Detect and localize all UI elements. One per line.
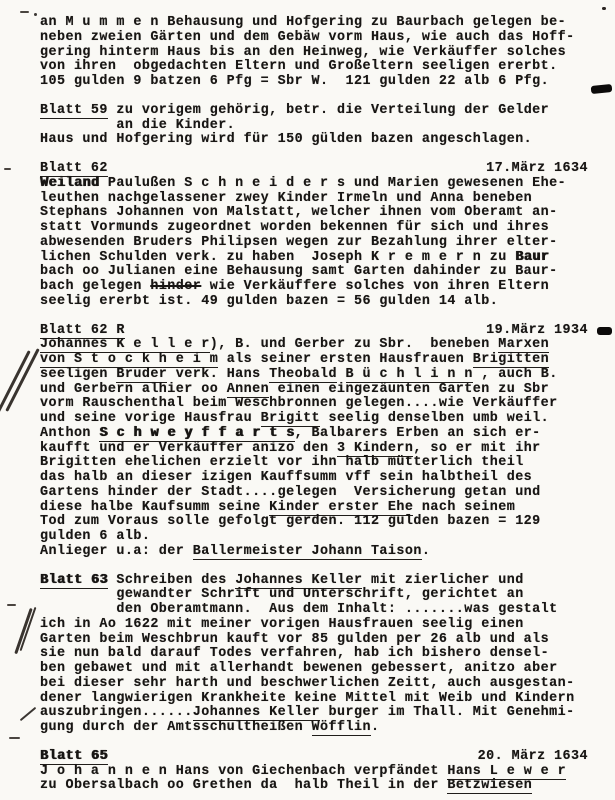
underlined-text-run: 3 Kindern bbox=[337, 441, 413, 457]
text-run: zu vorigem gehörig, betr. die Verteilung… bbox=[108, 103, 549, 118]
text-run: abwesenden Bruders Philipsen wegen zur B… bbox=[40, 235, 558, 250]
underlined-text-run: Blatt 59 bbox=[40, 103, 108, 119]
text-run: nach seinem bbox=[413, 500, 515, 515]
text-run: seelig ererbt ist. 49 gulden bazen = 56 … bbox=[40, 294, 498, 309]
text-run: hinder bbox=[150, 279, 201, 294]
text-line: Anlieger u.a: der Ballermeister Johann T… bbox=[40, 545, 590, 560]
underlined-text-run: Brigitt bbox=[261, 411, 320, 427]
text-run: Anlieger u.a: der bbox=[40, 544, 193, 559]
text-run: Baur bbox=[515, 250, 549, 265]
text-run: , Balbarers Erben an sich er- bbox=[295, 426, 541, 441]
text-line: Blatt 6520. März 1634 bbox=[40, 750, 590, 765]
underlined-text-run: Betzwiesen bbox=[447, 778, 532, 794]
pencil-dash bbox=[4, 168, 11, 170]
text-line: von ihren obgedachten Eltern und Großelt… bbox=[40, 60, 590, 75]
text-run: Tod zum Voraus solle gefolgt gerden. 112… bbox=[40, 514, 541, 529]
text-run: Paulußen S c h n e i d e r s und Marien … bbox=[99, 176, 566, 191]
text-line: von S t o c k h e i m als seiner ersten … bbox=[40, 353, 590, 368]
text-line: 105 gulden 9 batzen 6 Pfg = Sbr W. 121 g… bbox=[40, 75, 590, 90]
text-run: J o h a n n e n Hans von Giechenbach ver… bbox=[40, 764, 447, 779]
underlined-text-run: Hans L e w e r bbox=[447, 764, 566, 780]
text-run: Schreiben des bbox=[108, 573, 235, 588]
text-line: und Gerbern alhier oo Annen einen eingez… bbox=[40, 383, 590, 398]
text-line: Brigitten ehelichen erzielt vor ihn halb… bbox=[40, 456, 590, 471]
text-run: leuthen nachgelassener zwey Kinder Irmel… bbox=[40, 191, 532, 206]
text-line: auszubringen......Johannes Keller burger… bbox=[40, 706, 590, 721]
text-run: diese halbe Kaufsumm seine bbox=[40, 500, 269, 515]
date-label: 17.März 1634 bbox=[486, 162, 588, 177]
text-line: bach oo Julianen eine Behausung samt Gar… bbox=[40, 265, 590, 280]
underlined-text-run: Wöfflin bbox=[312, 720, 371, 736]
pencil-dash bbox=[7, 604, 16, 606]
underlined-text-run: Bruder bbox=[116, 367, 167, 383]
text-run: , so er mit ihr bbox=[413, 441, 540, 456]
text-line: Haus und Hofgering wird für 150 gülden b… bbox=[40, 133, 590, 148]
text-run: bach gelegen bbox=[40, 279, 150, 294]
underlined-text-run: Blatt 63 bbox=[40, 573, 108, 589]
text-line: statt Vormunds zugeordnet worden bekenne… bbox=[40, 221, 590, 236]
text-line: zu Obersalbach oo Grethen da halb Theil … bbox=[40, 779, 590, 794]
pencil-slash-stroke bbox=[14, 608, 32, 654]
ink-blob-right-edge bbox=[597, 327, 612, 335]
text-line: seeligen Bruder verk. Hans Theobald B ü … bbox=[40, 368, 590, 383]
text-run: burger im Thall. Mit Genehmi- bbox=[320, 705, 575, 720]
text-run: seelig denselben umb weil. bbox=[320, 411, 549, 426]
pencil-double-slash-stroke bbox=[0, 350, 31, 414]
text-line: seelig ererbt ist. 49 gulden bazen = 56 … bbox=[40, 295, 590, 310]
text-run: dener langwierigen Krankheite keine Mitt… bbox=[40, 691, 575, 706]
text-run: auszubringen...... bbox=[40, 705, 193, 720]
text-run: wie Verkäuffere solches von ihren Eltern bbox=[201, 279, 549, 294]
text-line: gering hinterm Haus bis an den Heinweg, … bbox=[40, 46, 590, 61]
text-run: Weiland bbox=[40, 176, 99, 191]
text-run: lichen Schulden verk. zu haben Joseph K … bbox=[40, 250, 515, 265]
text-line: Blatt 62 R19.März 1934 bbox=[40, 324, 590, 339]
text-line: vorm Rauschenthal beim Weschbronnen gele… bbox=[40, 397, 590, 412]
text-line: bei dieser sehr harth und beschwerlichen… bbox=[40, 677, 590, 692]
text-line: Stephans Johannen von Malstatt, welcher … bbox=[40, 206, 590, 221]
typewritten-text-column: an M u m m e n Behausung und Hofgering z… bbox=[40, 16, 590, 800]
text-line: gung durch der Amtsschultheißen Wöfflin. bbox=[40, 721, 590, 736]
text-run: an M u m m e n Behausung und Hofgering z… bbox=[40, 15, 566, 30]
underlined-text-run: Johannes Keller bbox=[235, 573, 362, 589]
text-run: als seiner ersten Hausfrauen bbox=[218, 352, 473, 367]
text-run: vorm Rauschenthal beim Weschbronnen gele… bbox=[40, 396, 558, 411]
text-line: J o h a n n e n Hans von Giechenbach ver… bbox=[40, 765, 590, 780]
text-line: sie nun bald darauf Todes verfahren, hab… bbox=[40, 647, 590, 662]
text-line: Garten beim Weschbrun kauft vor 85 gulde… bbox=[40, 633, 590, 648]
underlined-text-run: Annen bbox=[227, 382, 269, 398]
text-run: . bbox=[422, 544, 431, 559]
ink-blob-right-edge bbox=[591, 84, 613, 94]
text-line: Blatt 6217.März 1634 bbox=[40, 162, 590, 177]
text-run: das halb an dieser izigen Kauffsumm vff … bbox=[40, 470, 532, 485]
text-run: und Gerbern alhier oo bbox=[40, 382, 227, 397]
date-label: 20. März 1634 bbox=[478, 750, 588, 765]
text-line: Blatt 59 zu vorigem gehörig, betr. die V… bbox=[40, 104, 590, 119]
underlined-text-run: Johannes Keller bbox=[193, 705, 320, 721]
document-page: an M u m m e n Behausung und Hofgering z… bbox=[0, 0, 615, 800]
underlined-text-run: Johannes K e l l e r bbox=[40, 337, 210, 353]
pencil-dash bbox=[9, 737, 20, 739]
text-run: bei dieser sehr harth und beschwerlichen… bbox=[40, 676, 575, 691]
text-line: den Oberamtmann. Aus dem Inhalt: .......… bbox=[40, 603, 590, 618]
text-line: gulden 6 alb. bbox=[40, 530, 590, 545]
text-run: seeligen bbox=[40, 367, 116, 382]
text-line: neben zweien Gärten und dem Gebäw vorm H… bbox=[40, 31, 590, 46]
text-line: Tod zum Voraus solle gefolgt gerden. 112… bbox=[40, 515, 590, 530]
text-line: Johannes K e l l e r), B. und Gerber zu … bbox=[40, 338, 590, 353]
text-run: 105 gulden 9 batzen 6 Pfg = Sbr W. 121 g… bbox=[40, 74, 549, 89]
text-line: Blatt 63 Schreiben des Johannes Keller m… bbox=[40, 574, 590, 589]
text-line: Gartens hinder der Stadt....gelegen Vers… bbox=[40, 486, 590, 501]
text-line: Anthon S c h w e y f f a r t s, Balbarer… bbox=[40, 427, 590, 442]
text-run: Anthon bbox=[40, 426, 99, 441]
text-line: gewandter Schrift und Unterschrift, geri… bbox=[40, 588, 590, 603]
text-run: zu Obersalbach oo Grethen da halb Theil … bbox=[40, 778, 447, 793]
blatt-59: Blatt 59 zu vorigem gehörig, betr. die V… bbox=[40, 104, 590, 148]
text-line: bach gelegen hinder wie Verkäuffere solc… bbox=[40, 280, 590, 295]
text-line: leuthen nachgelassener zwey Kinder Irmel… bbox=[40, 192, 590, 207]
underlined-text-run: Brigitten bbox=[473, 352, 549, 368]
text-run: sie nun bald darauf Todes verfahren, hab… bbox=[40, 646, 549, 661]
text-run: ich in Ao 1622 mit meiner vorigen Hausfr… bbox=[40, 617, 524, 632]
text-run: von ihren obgedachten Eltern und Großelt… bbox=[40, 59, 558, 74]
text-run: , auch B. bbox=[473, 367, 558, 382]
underlined-text-run: Theobald bbox=[269, 367, 337, 383]
text-run: und seine vorige Hausfrau bbox=[40, 411, 261, 426]
text-line: ben gebawet und mit allerhandt bewenen g… bbox=[40, 662, 590, 677]
pencil-tick bbox=[20, 707, 37, 721]
underlined-text-run: B ü c h l i n n bbox=[346, 367, 473, 383]
underlined-text-run: S c h w e y f f a r t s bbox=[99, 426, 294, 442]
underlined-text-run: Blatt 62 bbox=[40, 161, 108, 177]
text-run: gewandter Schrift und Unterschrift, geri… bbox=[40, 587, 524, 602]
text-run: Garten beim Weschbrun kauft vor 85 gulde… bbox=[40, 632, 549, 647]
pencil-dash bbox=[20, 11, 29, 13]
text-line: dener langwierigen Krankheite keine Mitt… bbox=[40, 692, 590, 707]
text-line: an M u m m e n Behausung und Hofgering z… bbox=[40, 16, 590, 31]
text-run: neben zweien Gärten und dem Gebäw vorm H… bbox=[40, 30, 575, 45]
underlined-text-run: Blatt 65 bbox=[40, 749, 108, 765]
text-run: Haus und Hofgering wird für 150 gülden b… bbox=[40, 132, 532, 147]
text-run: Gartens hinder der Stadt....gelegen Vers… bbox=[40, 485, 541, 500]
text-line: lichen Schulden verk. zu haben Joseph K … bbox=[40, 251, 590, 266]
blatt-62: Blatt 6217.März 1634Weiland Paulußen S c… bbox=[40, 162, 590, 310]
underlined-text-run: Blatt 62 R bbox=[40, 323, 125, 339]
text-run: kaufft und er Verkäuffer anizo den bbox=[40, 441, 337, 456]
underlined-text-run: Kinder erster Ehe bbox=[269, 500, 413, 516]
text-run: den Oberamtmann. Aus dem Inhalt: .......… bbox=[40, 602, 558, 617]
text-run: statt Vormunds zugeordnet worden bekenne… bbox=[40, 220, 549, 235]
ink-speck bbox=[602, 7, 606, 10]
text-run: an die Kinder. bbox=[40, 118, 235, 133]
text-line: ich in Ao 1622 mit meiner vorigen Hausfr… bbox=[40, 618, 590, 633]
text-run bbox=[337, 367, 346, 382]
text-line: das halb an dieser izigen Kauffsumm vff … bbox=[40, 471, 590, 486]
date-label: 19.März 1934 bbox=[486, 324, 588, 339]
blatt-62-r: Blatt 62 R19.März 1934Johannes K e l l e… bbox=[40, 324, 590, 560]
text-line: kaufft und er Verkäuffer anizo den 3 Kin… bbox=[40, 442, 590, 457]
text-run: ben gebawet und mit allerhandt bewenen g… bbox=[40, 661, 558, 676]
text-line: Weiland Paulußen S c h n e i d e r s und… bbox=[40, 177, 590, 192]
underlined-text-run: Marxen bbox=[498, 337, 549, 353]
text-line: abwesenden Bruders Philipsen wegen zur B… bbox=[40, 236, 590, 251]
blatt-65: Blatt 6520. März 1634J o h a n n e n Han… bbox=[40, 750, 590, 794]
text-run: gulden 6 alb. bbox=[40, 529, 150, 544]
text-run: gering hinterm Haus bis an den Heinweg, … bbox=[40, 45, 566, 60]
text-run: mit zierlicher und bbox=[362, 573, 523, 588]
blatt-63: Blatt 63 Schreiben des Johannes Keller m… bbox=[40, 574, 590, 736]
text-run: bach oo Julianen eine Behausung samt Gar… bbox=[40, 264, 558, 279]
text-line: und seine vorige Hausfrau Brigitt seelig… bbox=[40, 412, 590, 427]
text-run: ), B. und Gerber zu Sbr. beneben bbox=[210, 337, 499, 352]
underlined-text-run: Ballermeister Johann Taison bbox=[193, 544, 422, 560]
pencil-double-slash-stroke bbox=[5, 348, 39, 412]
pencil-dot bbox=[34, 13, 37, 16]
underlined-text-run: von S t o c k h e i m bbox=[40, 352, 218, 368]
paragraph-continuation: an M u m m e n Behausung und Hofgering z… bbox=[40, 16, 590, 90]
text-line: an die Kinder. bbox=[40, 119, 590, 134]
text-line: diese halbe Kaufsumm seine Kinder erster… bbox=[40, 501, 590, 516]
text-run: verk. Hans bbox=[167, 367, 269, 382]
text-run: . bbox=[371, 720, 380, 735]
text-run: Stephans Johannen von Malstatt, welcher … bbox=[40, 205, 558, 220]
text-run: einen eingezäunten Garten zu Sbr bbox=[269, 382, 549, 397]
text-run: Brigitten ehelichen erzielt vor ihn halb… bbox=[40, 455, 524, 470]
text-run: gung durch der Amtsschultheißen bbox=[40, 720, 312, 735]
